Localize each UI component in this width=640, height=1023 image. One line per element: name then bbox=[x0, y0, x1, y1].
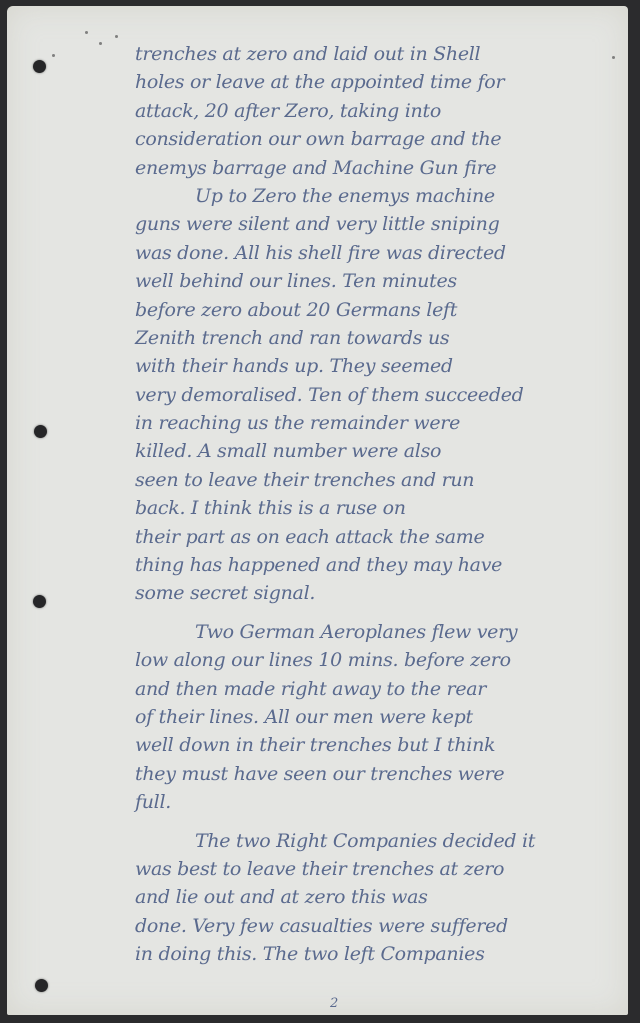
text-line: back. I think this is a ruse on bbox=[135, 494, 620, 522]
page-number: 2 bbox=[330, 996, 338, 1011]
punch-hole-lower-middle bbox=[33, 595, 46, 608]
text-line: well down in their trenches but I think bbox=[135, 731, 620, 759]
text-line: enemys barrage and Machine Gun fire bbox=[135, 154, 620, 182]
text-line: Two German Aeroplanes flew very bbox=[135, 618, 620, 646]
text-line: seen to leave their trenches and run bbox=[135, 466, 620, 494]
punch-hole-upper-middle bbox=[34, 425, 47, 438]
paragraph-1: trenches at zero and laid out in Shell h… bbox=[135, 40, 620, 182]
text-line: consideration our own barrage and the bbox=[135, 125, 620, 153]
text-line: very demoralised. Ten of them succeeded bbox=[135, 381, 620, 409]
text-line: and then made right away to the rear bbox=[135, 675, 620, 703]
text-line: was done. All his shell fire was directe… bbox=[135, 239, 620, 267]
ink-speck bbox=[85, 31, 88, 34]
handwritten-body: trenches at zero and laid out in Shell h… bbox=[135, 40, 620, 969]
text-line: low along our lines 10 mins. before zero bbox=[135, 646, 620, 674]
text-line: done. Very few casualties were suffered bbox=[135, 912, 620, 940]
paragraph-3: Two German Aeroplanes flew very low alon… bbox=[135, 618, 620, 817]
text-line: well behind our lines. Ten minutes bbox=[135, 267, 620, 295]
ink-speck bbox=[115, 35, 118, 38]
text-line: killed. A small number were also bbox=[135, 437, 620, 465]
text-line: thing has happened and they may have bbox=[135, 551, 620, 579]
text-line: guns were silent and very little sniping bbox=[135, 210, 620, 238]
text-line: before zero about 20 Germans left bbox=[135, 296, 620, 324]
text-line: attack, 20 after Zero, taking into bbox=[135, 97, 620, 125]
text-line: The two Right Companies decided it bbox=[135, 827, 620, 855]
text-line: Up to Zero the enemys machine bbox=[135, 182, 620, 210]
paragraph-4: The two Right Companies decided it was b… bbox=[135, 827, 620, 969]
text-line: full. bbox=[135, 788, 620, 816]
text-line: was best to leave their trenches at zero bbox=[135, 855, 620, 883]
punch-hole-bottom bbox=[35, 979, 48, 992]
ink-speck bbox=[52, 54, 55, 57]
text-line: and lie out and at zero this was bbox=[135, 883, 620, 911]
text-line: holes or leave at the appointed time for bbox=[135, 68, 620, 96]
text-line: trenches at zero and laid out in Shell bbox=[135, 40, 620, 68]
text-line: they must have seen our trenches were bbox=[135, 760, 620, 788]
text-line: of their lines. All our men were kept bbox=[135, 703, 620, 731]
paragraph-2: Up to Zero the enemys machine guns were … bbox=[135, 182, 620, 608]
text-line: some secret signal. bbox=[135, 579, 620, 607]
text-line: Zenith trench and ran towards us bbox=[135, 324, 620, 352]
text-line: their part as on each attack the same bbox=[135, 523, 620, 551]
text-line: in doing this. The two left Companies bbox=[135, 940, 620, 968]
punch-hole-top bbox=[33, 60, 46, 73]
ink-speck bbox=[99, 42, 102, 45]
text-line: with their hands up. They seemed bbox=[135, 352, 620, 380]
text-line: in reaching us the remainder were bbox=[135, 409, 620, 437]
